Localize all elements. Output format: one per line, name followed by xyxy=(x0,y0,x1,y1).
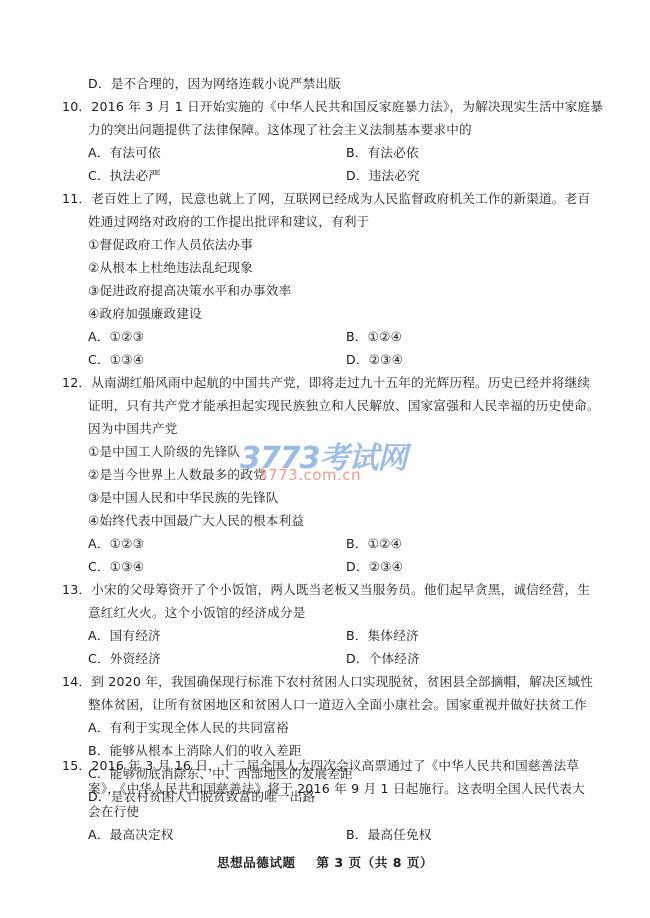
q11-item-2: ②从根本上杜绝违法乱纪现象 xyxy=(88,260,253,276)
q14-stem-line-2: 整体贫困，让所有贫困地区和贫困人口一道迈入全面小康社会。国家重视并做好扶贫工作 xyxy=(88,697,587,713)
q15-stem-line-2: 案》，《中华人民共和国慈善法》将于 2016 年 9 月 1 日起施行。这表明全… xyxy=(88,781,585,797)
q14-option-a: A．有利于实现全体人民的共同富裕 xyxy=(88,720,289,736)
q11-option-b: B．①②④ xyxy=(346,329,402,345)
q9-option-d: D．是不合理的，因为网络连载小说严禁出版 xyxy=(88,76,341,92)
footer-page-number: 第 3 页（共 8 页） xyxy=(316,855,433,870)
q13-option-d: D．个体经济 xyxy=(346,651,420,667)
q11-number: 11． xyxy=(62,191,91,206)
q15-number: 15． xyxy=(62,758,91,773)
q12-item-1: ①是中国工人阶级的先锋队 xyxy=(88,444,240,460)
q12-option-d: D．②③④ xyxy=(346,559,403,575)
q10-stem-line-1: 10．2016 年 3 月 1 日开始实施的《中华人民共和国反家庭暴力法》，为解… xyxy=(62,99,603,115)
q12-item-3: ③是中国人民和中华民族的先锋队 xyxy=(88,490,279,506)
q11-item-1: ①督促政府工作人员依法办事 xyxy=(88,237,253,253)
footer-subject: 思想品德试题 xyxy=(217,855,296,870)
q12-stem-line-3: 因为中国共产党 xyxy=(88,421,178,437)
q11-item-3: ③促进政府提高决策水平和办事效率 xyxy=(88,283,291,299)
q10-option-c: C．执法必严 xyxy=(88,168,161,184)
q12-option-a: A．①②③ xyxy=(88,536,144,552)
q13-option-b: B．集体经济 xyxy=(346,628,419,644)
q15-stem-line-1: 15．2016 年 3 月 16 日，十二届全国人大四次会议高票通过了《中华人民… xyxy=(62,758,579,774)
q12-number: 12． xyxy=(62,375,91,390)
watermark-url: 3773.com.cn xyxy=(258,466,361,484)
q11-stem-line-1: 11．老百姓上了网，民意也就上了网，互联网已经成为人民监督政府机关工作的新渠道。… xyxy=(62,191,590,207)
q12-item-4: ④始终代表中国最广大人民的根本利益 xyxy=(88,513,304,529)
q13-number: 13． xyxy=(62,582,91,597)
q11-stem-line-2: 姓通过网络对政府的工作提出批评和建议，有利于 xyxy=(88,214,369,230)
q15-option-b: B．最高任免权 xyxy=(346,827,432,843)
q10-stem-line-2: 力的突出问题提供了法律保障。这体现了社会主义法制基本要求中的 xyxy=(88,122,472,138)
q12-option-c: C．①③④ xyxy=(88,559,144,575)
q10-option-a: A．有法可依 xyxy=(88,145,161,161)
q12-stem-line-2: 证明，只有共产党才能承担起实现民族独立和人民解放、国家富强和人民幸福的历史使命。 xyxy=(88,398,600,414)
q13-stem-line-1: 13．小宋的父母筹资开了个小饭馆，两人既当老板又当服务员。他们起早贪黑，诚信经营… xyxy=(62,582,590,598)
q12-stem-line-1: 12．从南湖红船风雨中起航的中国共产党，即将走过九十五年的光辉历程。历史已经并将… xyxy=(62,375,590,391)
q13-option-c: C．外资经济 xyxy=(88,651,161,667)
q14-option-b: B．能够从根本上消除人们的收入差距 xyxy=(88,743,302,759)
q12-option-b: B．①②④ xyxy=(346,536,402,552)
q11-option-d: D．②③④ xyxy=(346,352,403,368)
q11-item-4: ④政府加强廉政建设 xyxy=(88,306,202,322)
q10-option-b: B．有法必依 xyxy=(346,145,419,161)
page-footer: 思想品德试题 第 3 页（共 8 页） xyxy=(0,852,650,871)
q11-option-c: C．①③④ xyxy=(88,352,144,368)
q11-option-a: A．①②③ xyxy=(88,329,144,345)
q14-number: 14． xyxy=(62,674,91,689)
q13-stem-line-2: 意红红火火。这个小饭馆的经济成分是 xyxy=(88,605,306,621)
q10-number: 10． xyxy=(62,99,91,114)
q15-stem-line-3: 会在行使 xyxy=(88,804,139,820)
q10-option-d: D．违法必究 xyxy=(346,168,420,184)
q14-stem-line-1: 14．到 2020 年，我国确保现行标准下农村贫困人口实现脱贫，贫困县全部摘帽，… xyxy=(62,674,593,690)
q13-option-a: A．国有经济 xyxy=(88,628,161,644)
q15-option-a: A．最高决定权 xyxy=(88,827,174,843)
exam-page: D．是不合理的，因为网络连载小说严禁出版 10．2016 年 3 月 1 日开始… xyxy=(0,0,650,918)
